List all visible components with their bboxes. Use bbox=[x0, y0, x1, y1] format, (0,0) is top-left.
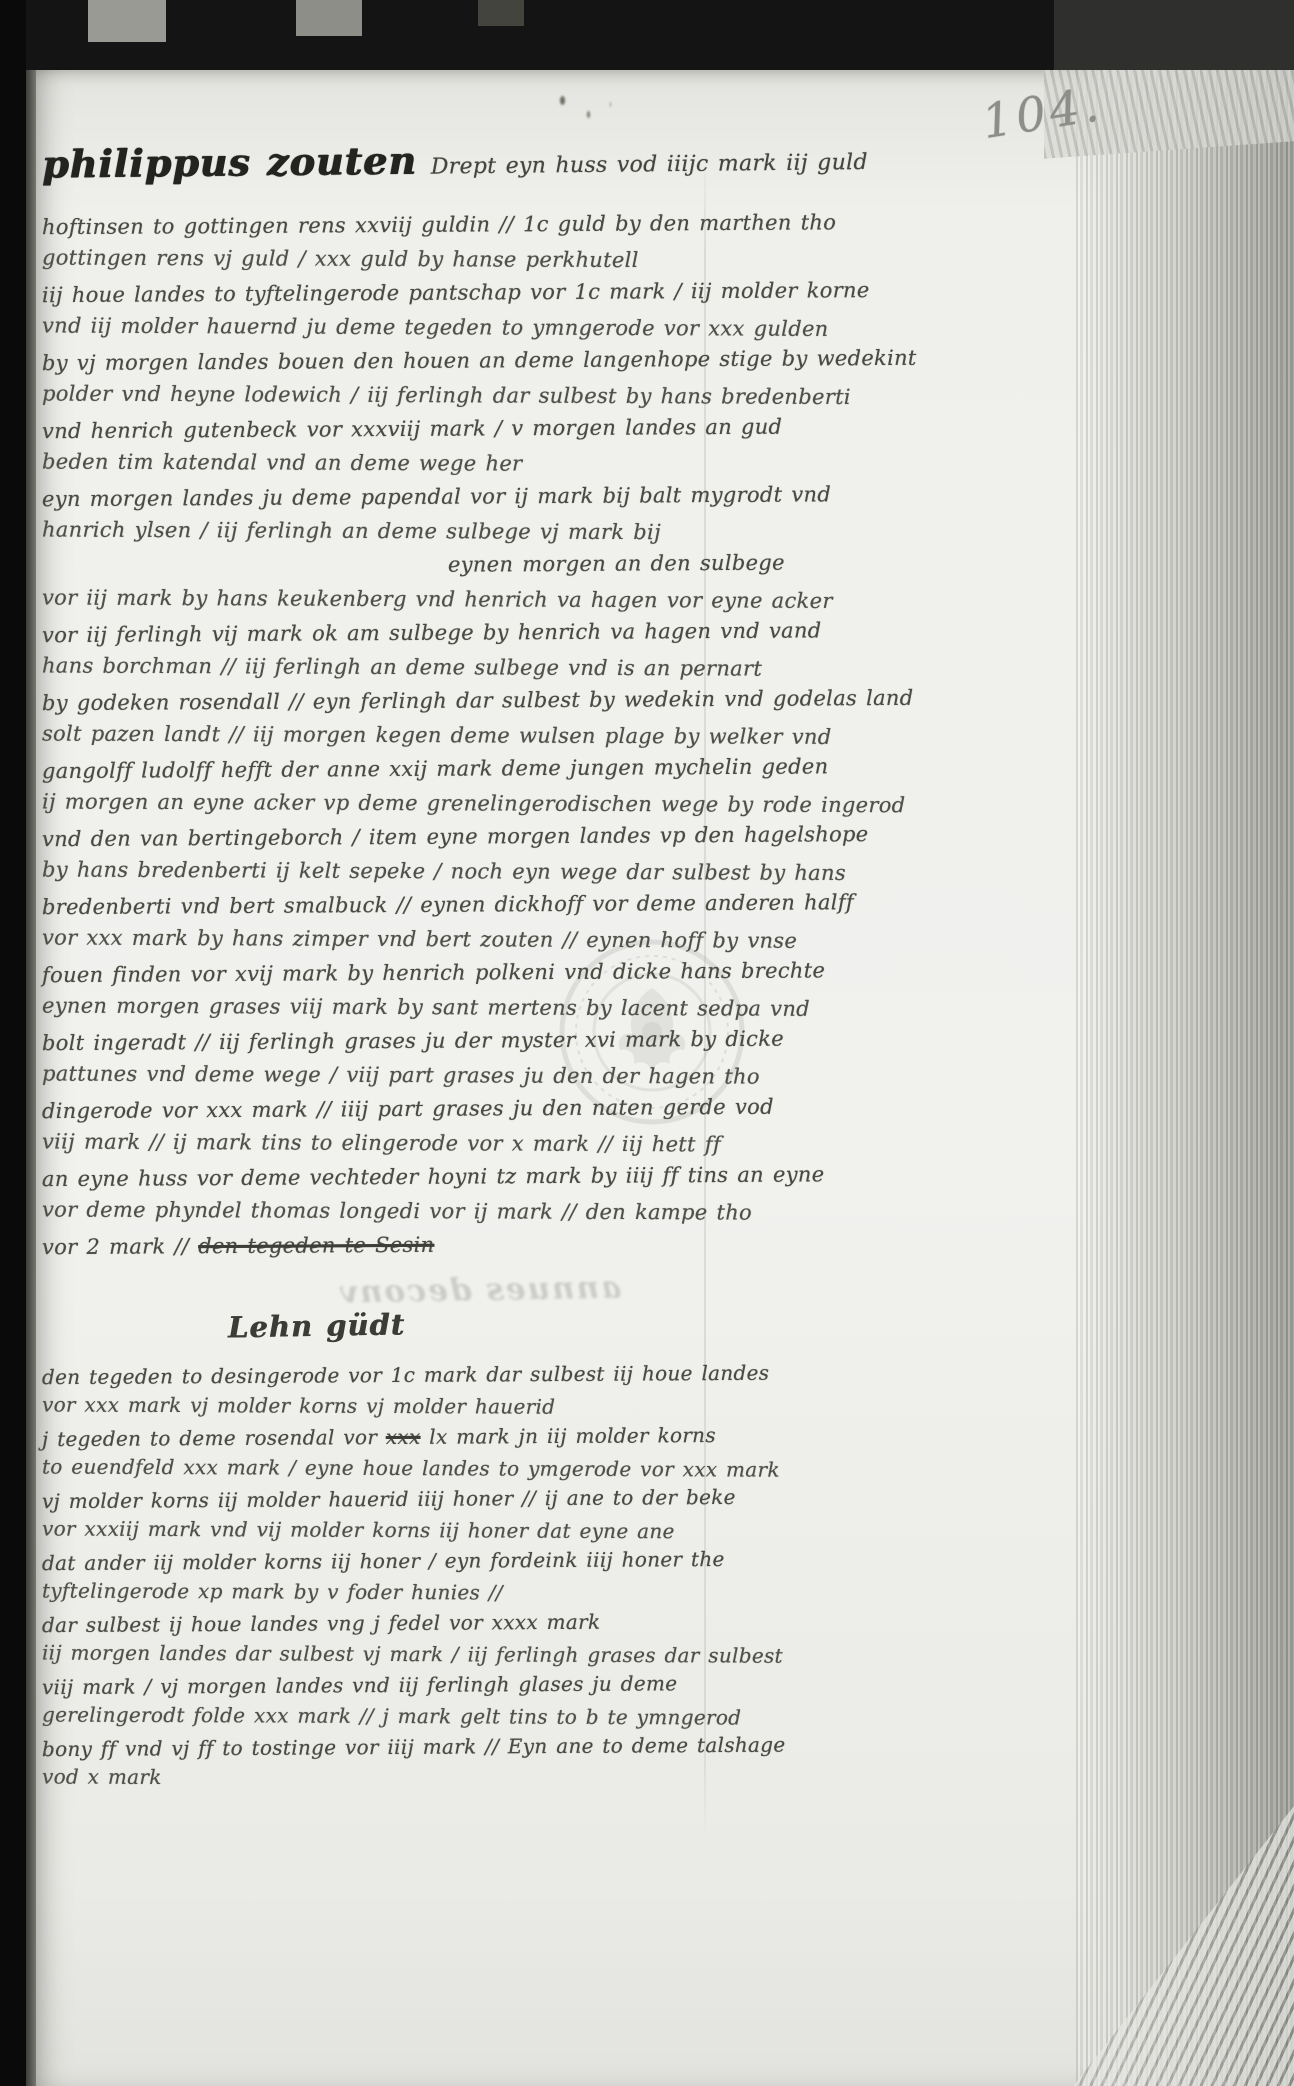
manuscript-line: vor xxx mark by hans zimper vnd bert zou… bbox=[42, 920, 742, 957]
manuscript-line: vor deme phyndel thomas longedi vor ij m… bbox=[42, 1192, 742, 1229]
scan-left-border bbox=[0, 0, 26, 2086]
manuscript-line: beden tim katendal vnd an deme wege her bbox=[42, 444, 742, 481]
manuscript-line: j tegeden to deme rosendal vor xxx lx ma… bbox=[42, 1420, 742, 1455]
manuscript-line: dat ander iij molder korns iij honer / e… bbox=[42, 1544, 742, 1579]
manuscript-line: viij mark // ij mark tins to elingerode … bbox=[42, 1124, 742, 1161]
manuscript-line: gangolff ludolff hefft der anne xxij mar… bbox=[42, 750, 742, 788]
manuscript-line: pattunes vnd deme wege / viij part grase… bbox=[42, 1056, 742, 1093]
line-text: vor 2 mark // bbox=[42, 1234, 198, 1259]
manuscript-line: eynen morgen grases viij mark by sant me… bbox=[42, 988, 742, 1025]
line-text: lx mark jn iij molder korns bbox=[420, 1423, 715, 1449]
manuscript-line: dingerode vor xxx mark // iiij part gras… bbox=[42, 1090, 742, 1128]
section-heading: Lehn güdt bbox=[228, 1302, 743, 1365]
manuscript-line: iij morgen landes dar sulbest vj mark / … bbox=[42, 1637, 742, 1671]
manuscript-line: vnd den van bertingeborch / item eyne mo… bbox=[42, 818, 742, 856]
manuscript-line: hans borchman // iij ferlingh an deme su… bbox=[42, 648, 742, 685]
manuscript-line: den tegeden to desingerode vor 1c mark d… bbox=[42, 1358, 742, 1393]
manuscript-line: vnd iij molder hauernd ju deme tegeden t… bbox=[42, 308, 742, 345]
scan-artifact bbox=[296, 0, 362, 36]
manuscript-line: bony ff vnd vj ff to tostinge vor iiij m… bbox=[42, 1730, 742, 1765]
manuscript-line: to euendfeld xxx mark / eyne houe landes… bbox=[42, 1451, 742, 1485]
entry-heading-line: philippus zouten Drept eyn huss vod iiij… bbox=[42, 134, 743, 211]
manuscript-line: vor xxx mark vj molder korns vj molder h… bbox=[42, 1389, 742, 1423]
entry-text-lines: hoftinsen to gottingen rens xxviij guldi… bbox=[42, 208, 742, 1262]
scan-artifact bbox=[478, 0, 524, 26]
entry-block-lehn-guedt: Lehn güdt den tegeden to desingerode vor… bbox=[42, 1306, 742, 1794]
manuscript-scan: 104. annues deconv philippus zouten Drep… bbox=[0, 0, 1294, 2086]
manuscript-line: by hans bredenberti ij kelt sepeke / noc… bbox=[42, 852, 742, 889]
book-page-edges bbox=[1076, 66, 1294, 2086]
manuscript-line: tyftelingerode xp mark by v foder hunies… bbox=[42, 1575, 742, 1609]
manuscript-line: vor iij mark by hans keukenberg vnd henr… bbox=[42, 580, 742, 617]
scan-artifact bbox=[1054, 0, 1294, 70]
manuscript-line: gerelingerodt folde xxx mark // j mark g… bbox=[42, 1699, 742, 1733]
manuscript-line: hanrich ylsen / iij ferlingh an deme sul… bbox=[42, 512, 742, 549]
manuscript-line: vor 2 mark // den tegeden te Sesin bbox=[42, 1226, 742, 1264]
manuscript-line: vod x mark bbox=[42, 1761, 742, 1795]
manuscript-line: bredenberti vnd bert smalbuck // eynen d… bbox=[42, 886, 742, 924]
manuscript-line: bolt ingeradt // iij ferlingh grases ju … bbox=[42, 1022, 742, 1060]
entry-heading: philippus zouten bbox=[42, 138, 417, 187]
manuscript-line: vnd henrich gutenbeck vor xxxviij mark /… bbox=[42, 410, 742, 448]
struck-text: xxx bbox=[386, 1425, 421, 1449]
scan-top-border bbox=[0, 0, 1294, 70]
entry-heading-continuation: Drept eyn huss vod iiijc mark iij guld bbox=[431, 150, 868, 180]
manuscript-line: an eyne huss vor deme vechteder hoyni tz… bbox=[42, 1158, 742, 1196]
entry-block-philippus-zouten: philippus zouten Drept eyn huss vod iiij… bbox=[42, 138, 742, 1262]
manuscript-line: ij morgen an eyne acker vp deme grenelin… bbox=[42, 784, 742, 821]
manuscript-line: vor xxxiij mark vnd vij molder korns iij… bbox=[42, 1513, 742, 1547]
manuscript-line: viij mark / vj morgen landes vnd iij fer… bbox=[42, 1668, 742, 1703]
manuscript-line: by godeken rosendall // eyn ferlingh dar… bbox=[42, 682, 742, 720]
struck-text: den tegeden te Sesin bbox=[198, 1233, 434, 1258]
manuscript-line: eyn morgen landes ju deme papendal vor i… bbox=[42, 478, 742, 516]
manuscript-line: vj molder korns iij molder hauerid iiij … bbox=[42, 1482, 742, 1517]
manuscript-line: eynen morgen an den sulbege bbox=[42, 546, 742, 584]
manuscript-line: iij houe landes to tyftelingerode pantsc… bbox=[42, 274, 742, 312]
manuscript-line: by vj morgen landes bouen den houen an d… bbox=[42, 342, 742, 380]
manuscript-line: vor iij ferlingh vij mark ok am sulbege … bbox=[42, 614, 742, 652]
manuscript-line: dar sulbest ij houe landes vng j fedel v… bbox=[42, 1606, 742, 1641]
manuscript-line: solt pazen landt // iij morgen kegen dem… bbox=[42, 716, 742, 753]
line-text: j tegeden to deme rosendal vor bbox=[42, 1425, 386, 1451]
binding-edge bbox=[26, 0, 36, 2086]
manuscript-line: fouen finden vor xvij mark by henrich po… bbox=[42, 954, 742, 992]
manuscript-line: gottingen rens vj guld / xxx guld by han… bbox=[42, 240, 742, 277]
section-text-lines: den tegeden to desingerode vor 1c mark d… bbox=[42, 1360, 742, 1794]
manuscript-line: polder vnd heyne lodewich / iij ferlingh… bbox=[42, 376, 742, 413]
manuscript-line: hoftinsen to gottingen rens xxviij guldi… bbox=[42, 206, 742, 244]
ink-specks bbox=[560, 96, 565, 105]
scan-artifact bbox=[88, 0, 166, 42]
